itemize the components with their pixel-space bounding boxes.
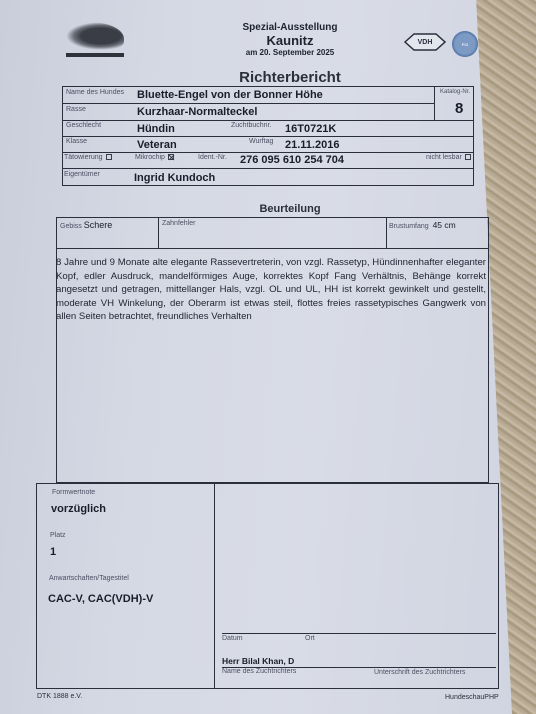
divider (62, 168, 474, 169)
catalog-number: 8 (455, 100, 463, 117)
fci-logo-text: FCI (462, 42, 468, 47)
event-date: am 20. September 2025 (180, 48, 400, 57)
owner-label: Eigentümer (64, 171, 100, 178)
grade: vorzüglich (51, 503, 106, 515)
studbook-label: Zuchtbuchnr. (231, 122, 271, 129)
divider (62, 103, 434, 104)
chest-value: 45 cm (433, 220, 456, 230)
date-place-line (222, 633, 496, 634)
divider (62, 152, 474, 153)
chest-label: Brustumfang (389, 223, 429, 230)
unreadable-checkbox[interactable] (465, 154, 471, 160)
date-label: Datum (222, 635, 243, 642)
birth-date-label: Wurftag (249, 138, 273, 145)
event-type: Spezial-Ausstellung (180, 22, 400, 33)
owner: Ingrid Kundoch (134, 172, 215, 184)
divider (158, 217, 159, 248)
place: 1 (50, 546, 56, 558)
microchip-label: Mikrochip (135, 154, 165, 161)
vdh-logo-text: VDH (418, 39, 433, 46)
divider (62, 120, 474, 121)
birth-date: 21.11.2016 (285, 139, 339, 151)
footer-software: HundeschauPHP (445, 694, 499, 701)
divider (214, 483, 215, 689)
class: Veteran (137, 139, 177, 151)
titles: CAC-V, CAC(VDH)-V (48, 593, 153, 605)
unreadable-field: nicht lesbar (426, 154, 471, 161)
class-label: Klasse (66, 138, 87, 145)
titles-label: Anwartschaften/Tagestitel (49, 575, 129, 582)
chest-field: Brustumfang 45 cm (389, 220, 456, 230)
event-city: Kaunitz (180, 33, 400, 48)
grade-label: Formwertnote (52, 489, 95, 496)
judge-name: Herr Bilal Khan, D (222, 656, 294, 666)
divider (62, 136, 474, 137)
studbook-number: 16T0721K (285, 123, 336, 135)
teeth-faults-label: Zahnfehler (162, 220, 195, 227)
dog-name: Bluette-Engel von der Bonner Höhe (137, 89, 323, 101)
page-title: Richterbericht (180, 69, 400, 86)
club-logo-banner (66, 53, 124, 57)
judge-name-label: Name des Zuchtrichters (222, 668, 296, 675)
microchip-field: Mikrochip (135, 154, 174, 161)
place-of-signing-label: Ort (305, 635, 315, 642)
bite-label: Gebiss (60, 223, 82, 230)
microchip-checkbox[interactable] (168, 154, 174, 160)
footer-org: DTK 1888 e.V. (37, 693, 82, 700)
divider (386, 217, 387, 248)
sex: Hündin (137, 123, 175, 135)
assessment-text: 8 Jahre und 9 Monate alte elegante Rasse… (56, 256, 486, 324)
assessment-title: Beurteilung (180, 203, 400, 215)
judge-signature-label: Unterschrift des Zuchtrichters (374, 669, 465, 676)
place-label: Platz (50, 532, 66, 539)
tattoo-checkbox[interactable] (106, 154, 112, 160)
breed-label: Rasse (66, 106, 86, 113)
fci-logo-icon: FCI (452, 31, 478, 57)
bite-value: Schere (84, 220, 113, 230)
tattoo-label: Tätowierung (64, 154, 103, 161)
sex-label: Geschlecht (66, 122, 101, 129)
unreadable-label: nicht lesbar (426, 154, 462, 161)
ident-number: 276 095 610 254 704 (240, 154, 344, 166)
ident-label: Ident.-Nr. (198, 154, 227, 161)
tattoo-field: Tätowierung (64, 154, 112, 161)
vdh-logo-icon: VDH (404, 33, 446, 51)
dog-name-label: Name des Hundes (66, 89, 124, 96)
bite-field: Gebiss Schere (60, 220, 112, 230)
catalog-label: Katalog-Nr. (440, 89, 470, 95)
divider (56, 248, 489, 249)
breed: Kurzhaar-Normalteckel (137, 106, 257, 118)
